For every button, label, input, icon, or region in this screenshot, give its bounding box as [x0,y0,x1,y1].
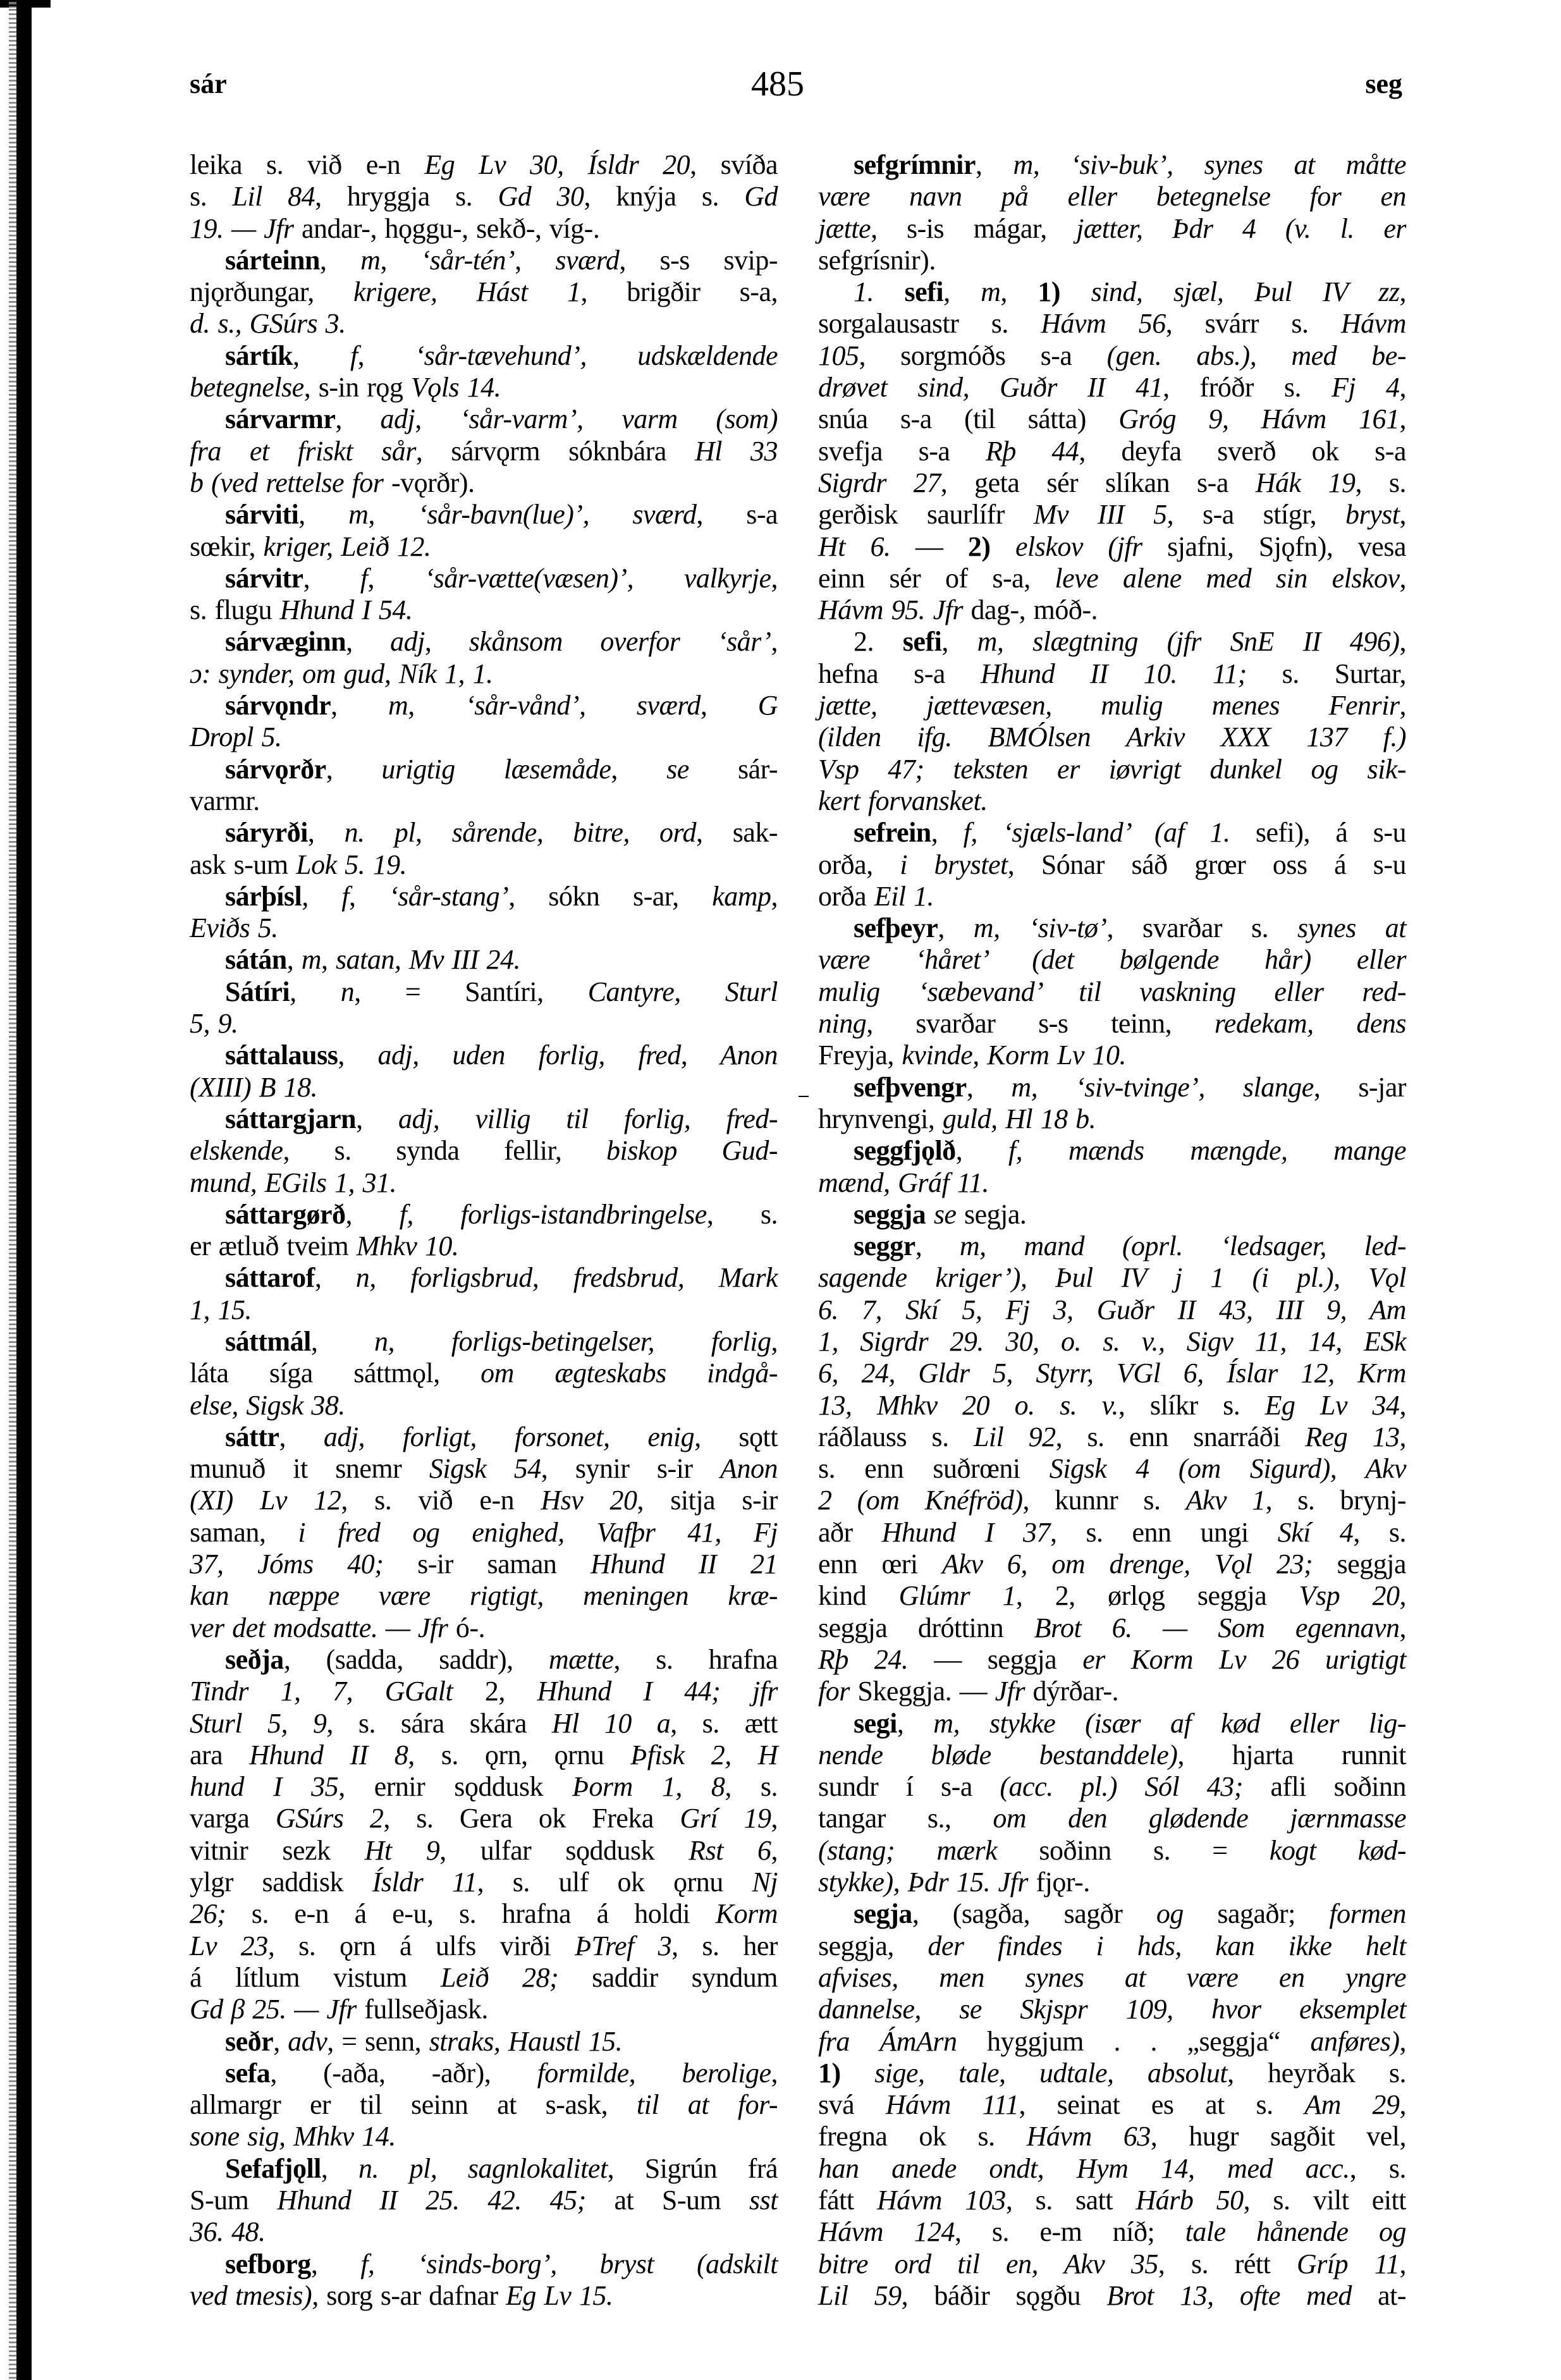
italic-text: Hhund II 8 [249,1739,408,1770]
text-line: 5, 9. [190,1008,778,1040]
roman-text: hefna s-a [818,658,981,689]
italic-text: Hávm 124 [818,2216,955,2247]
text-line: sátán, m, satan, Mv III 24. [190,944,778,976]
roman-text: snúa s-a (til sátta) [818,403,1118,434]
roman-text: , [915,1230,960,1261]
italic-text: Hárb 50 [1136,2185,1243,2216]
italic-text: ‘sår-bavn(lue)’, sværd [418,499,696,530]
roman-text: ráðlauss s. [818,1421,974,1452]
text-line: seggfjǫlð, f, mænds mængde, mange [818,1135,1406,1167]
roman-text: , [771,2058,778,2089]
roman-text: , [303,563,360,594]
scan-binding-shadow [16,0,32,2380]
text-line: seðja, (sadda, saddr), mætte, s. hrafna [190,1644,778,1676]
text-line: ning, svarðar s-s teinn, redekam, dens [818,1008,1406,1040]
roman-text: fregna ok s. [818,2121,1027,2152]
roman-text: , = Santíri, [354,976,587,1007]
text-line: 19. — Jfr andar-, hǫggu-, sekð-, víg-. [190,213,778,245]
text-line: bitre ord til en, Akv 35, s. rétt Gríp 1… [818,2248,1406,2280]
text-line: 6. 7, Skí 5, Fj 3, Guðr II 43, III 9, Am [818,1294,1406,1326]
roman-text: láta síga sáttmǫl, [190,1358,481,1389]
text-line: fátt Hávm 103, s. satt Hárb 50, s. vilt … [818,2185,1406,2216]
italic-text: Gd 30 [498,181,584,212]
italic-text: tale hånende og [1185,2216,1406,2247]
italic-text: sone sig, Mhkv 14. [190,2121,396,2152]
roman-text: S-um [190,2185,277,2216]
italic-text: Ht 9 [365,1835,440,1866]
text-line: Eviðs 5. [190,912,778,944]
text-line: for Skeggja. — Jfr dýrðar-. [818,1676,1406,1707]
roman-text: á lítlum vistum [190,1962,441,1993]
roman-text: , [368,499,418,530]
roman-text: , [943,276,981,307]
italic-text: ‘sår-vånd’, sværd [465,690,701,721]
text-line: sáttr, adj, forligt, forsonet, enig, sǫt… [190,1421,778,1453]
text-line: drøvet sind, Guðr II 41, fróðr s. Fj 4, [818,372,1406,403]
headword: sáttarof [225,1262,315,1293]
italic-text: G [758,690,778,721]
page-number: 485 [695,68,860,100]
italic-text: Hávm 103 [877,2185,1006,2216]
roman-text: seggja [1313,1549,1406,1580]
italic-text: adj [381,403,415,434]
text-line: segi, m, stykke (især af kød eller lig- [818,1708,1406,1739]
roman-text: , s. við e-n [341,1485,541,1516]
italic-text: kogt kød- [1270,1835,1406,1866]
headword: sárvǫrðr [225,754,326,785]
italic-text: anføres) [1310,2026,1399,2057]
text-line: varmr. [190,785,778,817]
roman-text: , báðir sǫgðu [902,2280,1107,2311]
italic-text: adj, uden forlig, fred, Anon [378,1040,778,1070]
text-line: (stang; mærk soðinn s. = kogt kød- [818,1835,1406,1867]
right-guideword: seg [1201,68,1402,100]
italic-text: sige, tale, udtale, absolut [841,2058,1227,2089]
text-line: fra ÁmArn hyggjum . . „seggja“ anføres), [818,2026,1406,2058]
roman-text: er ætluð tveim [190,1230,357,1261]
roman-text: at- [1352,2280,1406,2311]
roman-text: , [338,1040,377,1070]
italic-text: skånsom overfor ‘sår’ [469,626,771,657]
headword: sárvitr [225,563,303,594]
text-line: leika s. við e-n Eg Lv 30, Ísldr 20, sví… [190,149,778,181]
italic-text: Vsp 20 [1299,1580,1400,1611]
italic-text: Grí 19 [680,1803,771,1834]
italic-text: f, forligs-istandbringelse [400,1199,707,1230]
italic-text: biskop Gud- [606,1135,778,1166]
headword: sefgrímnir [854,149,976,180]
text-line: s. flugu Hhund I 54. [190,594,778,626]
text-line: kert forvansket. [818,785,1406,817]
roman-text: , [1400,563,1407,594]
text-line: 13, Mhkv 20 o. s. v., slíkr s. Eg Lv 34, [818,1390,1406,1421]
roman-text: , [321,2153,358,2184]
text-line: (ilden ifg. BMÓlsen Arkiv XXX 137 f.) [818,721,1406,753]
text-line: allmargr er til seinn at s-ask, til at f… [190,2089,778,2121]
italic-text: straks, Haustl 15. [429,2026,622,2057]
roman-text: , sitja s-ir [637,1485,778,1516]
text-line: sefþeyr, m, ‘siv-tø’, svarðar s. synes a… [818,912,1406,944]
italic-text: bryst [1345,499,1400,530]
italic-text: Am 29 [1304,2089,1399,2120]
roman-text: , [1399,1390,1406,1421]
text-line: Hávm 124, s. e-m níð; tale hånende og [818,2216,1406,2248]
left-column: leika s. við e-n Eg Lv 30, Ísldr 20, sví… [190,149,778,2312]
scan-binding-edge [9,0,16,2380]
roman-text: s-ir saman [383,1549,591,1580]
roman-text: einn sér of s-a, [818,563,1055,594]
roman-text: , [320,245,360,276]
roman-text: varga [190,1803,276,1834]
italic-text: Hávm 56 [1041,308,1165,339]
italic-text: n, forligsbrud, fredsbrud, Mark [356,1262,778,1293]
roman-text: , [976,149,1013,180]
roman-text: , [897,1708,933,1739]
italic-text: Rþ 24. [818,1644,908,1675]
italic-text: 1. [854,276,874,307]
text-line: elskende, s. synda fellir, biskop Gud- [190,1135,778,1167]
roman-text: , [273,2026,288,2057]
italic-text: Lil 59 [818,2280,902,2311]
roman-text: , s. ætt [670,1708,778,1739]
roman-text: Skeggja. — [850,1676,995,1707]
roman-text: , [408,690,465,721]
italic-text: synes at [1297,912,1406,943]
headword: sáryrði [225,817,308,848]
roman-text: , [956,1135,1008,1166]
italic-text: 2 (om Knéfröd) [818,1485,1023,1516]
headword: sárteinn [225,245,320,276]
roman-text: fátt [818,2185,877,2216]
italic-text: Lil 84 [232,181,315,212]
roman-text: , [771,1835,778,1866]
text-line: 37, Jóms 40; s-ir saman Hhund II 21 [190,1549,778,1580]
italic-text: 1, 15. [190,1294,252,1325]
roman-text: , s. her [671,1930,778,1961]
roman-text: ylgr saddisk [190,1867,372,1898]
italic-text: 26; [190,1898,226,1929]
roman-text: sœkir, [190,531,264,562]
italic-text: Þorm 1, 8 [572,1771,725,1802]
italic-text: satan, Mv III 24. [336,944,520,975]
headword: sefi [874,276,943,307]
roman-text: , [611,754,666,785]
italic-text: Gd β 25. — Jfr [190,1994,357,2025]
italic-text: formilde, berolige [537,2058,771,2089]
roman-text: , svarðar s-s teinn, [866,1008,1215,1039]
italic-text: ‘sår-tén’ [421,245,515,276]
text-line: sefþvengr, m, ‘siv-tvinge’, slange, s-ja… [818,1072,1406,1103]
italic-text: (stang; mærk [818,1835,997,1866]
roman-text: , [290,976,341,1007]
roman-text: -vǫrðr). [391,467,475,498]
text-line: sárþísl, f, ‘sår-stang’, sókn s-ar, kamp… [190,881,778,912]
headword: sártík [225,340,293,371]
italic-text: se [926,1199,956,1230]
text-line: ask s-um Lok 5. 19. [190,849,778,881]
italic-text: Hávm 95. Jfr [818,594,963,625]
roman-text: , sorgmóðs s-a [859,340,1107,371]
roman-text: , 2, ørlǫg seggja [1016,1580,1299,1611]
text-line: sárvǫrðr, urigtig læsemåde, se sár- [190,754,778,785]
italic-text: Hl 33 [695,436,778,467]
italic-text: 36. 48. [190,2216,266,2247]
roman-text: soðinn s. = [997,1835,1270,1866]
roman-text: fullseðjask. [357,1994,488,2025]
italic-text: adj [390,626,425,657]
roman-text: , slíkr s. [1118,1390,1265,1421]
italic-text: kan næppe være rigtigt, meningen kræ- [190,1580,778,1611]
text-line: orða, i brystet, Sónar sáð grœr oss á s-… [818,849,1406,881]
roman-text: , s. hrafna [613,1644,778,1675]
italic-text: m, ‘siv-tvinge’, slange [1011,1072,1314,1103]
roman-text: ó-. [448,1612,485,1643]
italic-text: leve alene med sin elskov [1055,563,1399,594]
italic-text: Sigrdr 27 [818,467,941,498]
headword: sárvǫndr [225,690,331,721]
italic-text: Eviðs 5. [190,912,278,943]
text-line: jætte, s-is mágar, jætter, Þdr 4 (v. l. … [818,213,1406,245]
italic-text: Sigsk 4 (om Sigurd), Akv [1050,1453,1406,1484]
text-line: fregna ok s. Hávm 63, hugr sagðit vel, [818,2121,1406,2152]
text-line: jætte, jættevæsen, mulig menes Fenrir, [818,690,1406,721]
italic-text: sværd [555,245,619,276]
roman-text: , s. [1353,1517,1406,1548]
roman-text: , [326,754,382,785]
roman-text: , [346,626,390,657]
headword: sefrein [854,817,931,848]
italic-text: f [360,563,368,594]
roman-text: hyggjum . . „seggja“ [957,2026,1311,2057]
italic-text: (ilden ifg. BMÓlsen Arkiv XXX 137 f.) [818,721,1406,752]
text-line: fra et friskt sår, sárvǫrm sóknbára Hl 3… [190,436,778,467]
italic-text: krigere, Hást 1 [353,276,580,307]
italic-text: m, mand (oprl. ‘ledsager, led- [960,1230,1406,1261]
text-line: 6, 24, Gldr 5, Styrr, VGl 6, Íslar 12, K… [818,1358,1406,1389]
italic-text: for [818,1676,850,1707]
italic-text: f, mænds mængde, mange [1008,1135,1406,1166]
roman-text: orða, [818,849,900,880]
text-line: Lv 23, s. ǫrn á ulfs virði ÞTref 3, s. h… [190,1930,778,1962]
italic-text: se [666,754,689,785]
roman-text: , [1400,276,1407,307]
roman-text: , s. [725,1771,778,1802]
roman-text: , s-a stígr, [1167,499,1345,530]
roman-text: , [1400,626,1407,657]
text-line: einn sér of s-a, leve alene med sin elsk… [818,563,1406,594]
italic-text: til at for- [637,2089,778,2120]
text-line: være navn på eller betegnelse for en [818,181,1406,212]
text-line: sáttalauss, adj, uden forlig, fred, Anon [190,1040,778,1071]
text-line: s. enn suðrœni Sigsk 4 (om Sigurd), Akv [818,1453,1406,1485]
italic-text: GSúrs 2 [276,1803,383,1834]
italic-text: kvinde, Korm Lv 10. [902,1040,1126,1070]
roman-text: 2, [453,1676,537,1707]
italic-text: om den glødende jærnmasse [993,1803,1406,1834]
text-line: seggr, m, mand (oprl. ‘ledsager, led- [818,1230,1406,1262]
roman-text: , [1400,2026,1407,2057]
headword: sáttargørð [225,1199,346,1230]
roman-text: andar-, hǫggu-, sekð-, víg-. [294,213,600,244]
roman-text: — [890,531,967,562]
roman-text: svefja s-a [818,436,986,467]
italic-text: ɔ: synder, om gud, Ník 1, 1. [190,658,493,689]
italic-text: sårende, bitre, ord [452,817,696,848]
italic-text: Mv III 5 [1034,499,1167,530]
text-line: orða Eil 1. [818,881,1406,912]
roman-text: , [1400,499,1407,530]
italic-text: Hhund I 44; jfr [537,1676,778,1707]
roman-text: sagaðr; [1184,1898,1330,1929]
text-line: else, Sigsk 38. [190,1390,778,1421]
roman-text: , sókn s-ar, [508,881,712,912]
roman-text: , seinat es at s. [1019,2089,1304,2120]
text-line: segja, (sagða, sagðr og sagaðr; formen [818,1898,1406,1930]
roman-text: , geta sér slíkan s-a [941,467,1256,498]
roman-text: dag-, móð-. [963,594,1098,625]
text-line: seggja dróttinn Brot 6. — Som egennavn, [818,1612,1406,1644]
roman-text: , (sadda, saddr), [284,1644,549,1675]
italic-text: Sigsk 54 [429,1453,541,1484]
roman-text: , [315,1262,356,1293]
text-line: Sigrdr 27, geta sér slíkan s-a Hák 19, s… [818,467,1406,499]
roman-text: , s. e-m níð; [955,2216,1185,2247]
headword: seggr [854,1230,915,1261]
roman-text: s. [190,181,232,212]
roman-text: , [298,499,348,530]
italic-text: n. pl [345,817,415,848]
italic-text: sagende kriger’), Þul IV j 1 (i pl.), Vǫ… [818,1262,1406,1293]
text-line: 1. sefi, m, 1) sind, sjæl, Þul IV zz, [818,276,1406,308]
italic-text: fra et friskt sår [190,436,416,467]
text-line: hund I 35, ernir sǫddusk Þorm 1, 8, s. [190,1771,778,1803]
text-line: 26; s. e-n á e-u, s. hrafna á holdi Korm [190,1898,778,1930]
roman-text: , s. ǫrn á ulfs virði [268,1930,575,1961]
italic-text: kamp [712,881,771,912]
text-line: láta síga sáttmǫl, om ægteskabs indgå- [190,1358,778,1389]
text-line: sefgrímnir, m, ‘siv-buk’, synes at måtte [818,149,1406,181]
italic-text: Eg Lv 15. [506,2280,613,2311]
roman-text: , s-jar [1314,1072,1406,1103]
roman-text: , [358,340,415,371]
roman-text: , svíða [690,149,778,180]
roman-text: ask s-um [190,849,296,880]
roman-text: , s-in rǫg [304,372,411,403]
italic-text: Tindr 1, 7, GGalt [190,1676,453,1707]
text-line: s. Lil 84, hryggja s. Gd 30, knýja s. Gd [190,181,778,212]
italic-text: mulig ‘sæbevand’ til vaskning eller red- [818,976,1406,1007]
roman-text: , sárvǫrm sóknbára [416,436,695,467]
italic-text: Hsv 20 [541,1485,637,1516]
roman-text: , [941,626,977,657]
roman-text: , sǫtt [694,1421,778,1452]
italic-text: Hhund II 25. 42. 45; [277,2185,586,2216]
italic-text: Brot 6. — Som egennavn [1034,1612,1400,1643]
text-line: Hávm 95. Jfr dag-, móð-. [818,594,1406,626]
text-line: mænd, Gráf 11. [818,1167,1406,1199]
text-line: sone sig, Mhkv 14. [190,2121,778,2152]
text-line: Ht 6. — 2) elskov (jfr sjafni, Sjǫfn), v… [818,531,1406,563]
roman-text: vitnir sezk [190,1835,365,1866]
italic-text: m [348,499,368,530]
margin-dash-mark [799,1096,809,1097]
italic-text: jætte, jættevæsen, mulig menes Fenrir [818,690,1400,721]
italic-text: jætter, Þdr 4 (v. l. er [1076,213,1406,244]
italic-text: der findes i hds, kan ikke helt [927,1930,1406,1961]
roman-text: , knýja s. [584,181,745,212]
left-guideword: sár [190,68,227,100]
italic-text: Eg Lv 30, Ísldr 20 [424,149,690,180]
italic-text: ‘sår-varm’, varm (som) [460,403,778,434]
roman-text: seggja dróttinn [818,1612,1034,1643]
text-line: seggja se segja. [818,1199,1406,1230]
roman-text: ara [190,1739,249,1770]
text-line: d. s., GSúrs 3. [190,308,778,340]
italic-text: Mhkv 10. [357,1230,459,1261]
roman-text: svá [818,2089,886,2120]
italic-text: (XI) Lv 12 [190,1485,341,1516]
italic-text: ‘sår-tævehund’, udskældende [415,340,778,371]
roman-text: , hjarta runnit [1177,1739,1406,1770]
headword: sárvæginn [225,626,346,657]
italic-text: m, ‘siv-tø’ [974,912,1107,943]
roman-text: , [771,563,778,594]
italic-text: i fred og enighed, Vafþr 41, Fj [298,1517,778,1548]
text-line: sundr í s-a (acc. pl.) Sól 43; afli soði… [818,1771,1406,1803]
roman-text: , [415,403,460,434]
headword: sátán [225,944,287,975]
italic-text: d. s., GSúrs 3. [190,308,346,339]
roman-text: , s. sára skára [326,1708,551,1739]
italic-text: Gd [744,181,778,212]
roman-text: hrynvengi, [818,1103,943,1134]
headword: 1) [818,2058,841,2089]
text-line: ráðlauss s. Lil 92, s. enn snarráði Reg … [818,1421,1406,1453]
italic-text: else, Sigsk 38. [190,1390,345,1421]
headword: seðja [225,1644,284,1675]
text-line: gerðisk saurlífr Mv III 5, s-a stígr, br… [818,499,1406,531]
text-line: sorgalausastr s. Hávm 56, svárr s. Hávm [818,308,1406,340]
headword: segi [854,1708,897,1739]
roman-text: , [287,944,302,975]
roman-text: , [1400,2089,1407,2120]
text-line: munuð it snemr Sigsk 54, synir s-ir Anon [190,1453,778,1485]
roman-text: enn œri [818,1549,942,1580]
text-line: 1, Sigrdr 29. 30, o. s. v., Sigv 11, 14,… [818,1326,1406,1358]
roman-text: , brigðir s-a, [581,276,778,307]
italic-text: m [302,944,321,975]
italic-text: være ‘håret’ (det bølgende hår) eller [818,944,1406,975]
italic-text: Vǫls 14. [411,372,501,403]
roman-text: , s. satt [1006,2185,1136,2216]
text-line: Sátíri, n, = Santíri, Cantyre, Sturl [190,976,778,1008]
text-line: 2. sefi, m, slægtning (jfr SnE II 496), [818,626,1406,658]
roman-text: njǫrðungar, [190,276,353,307]
roman-text: , [771,1803,778,1834]
text-line: sárvǫndr, m, ‘sår-vånd’, sværd, G [190,690,778,721]
italic-text: f [341,881,349,912]
italic-text: Hhund I 54. [280,594,413,625]
text-line: varga GSúrs 2, s. Gera ok Freka Grí 19, [190,1803,778,1834]
headword: sefborg [225,2248,311,2279]
text-line: seggja, der findes i hds, kan ikke helt [818,1930,1406,1962]
roman-text: 2. [854,626,903,657]
roman-text: , (sagða, sagðr [912,1898,1156,1929]
italic-text: drøvet sind, Guðr II 41 [818,372,1163,403]
right-column: sefgrímnir, m, ‘siv-buk’, synes at måtte… [818,149,1406,2312]
roman-text: , heyrðak s. [1227,2058,1406,2089]
text-line: betegnelse, s-in rǫg Vǫls 14. [190,372,778,403]
